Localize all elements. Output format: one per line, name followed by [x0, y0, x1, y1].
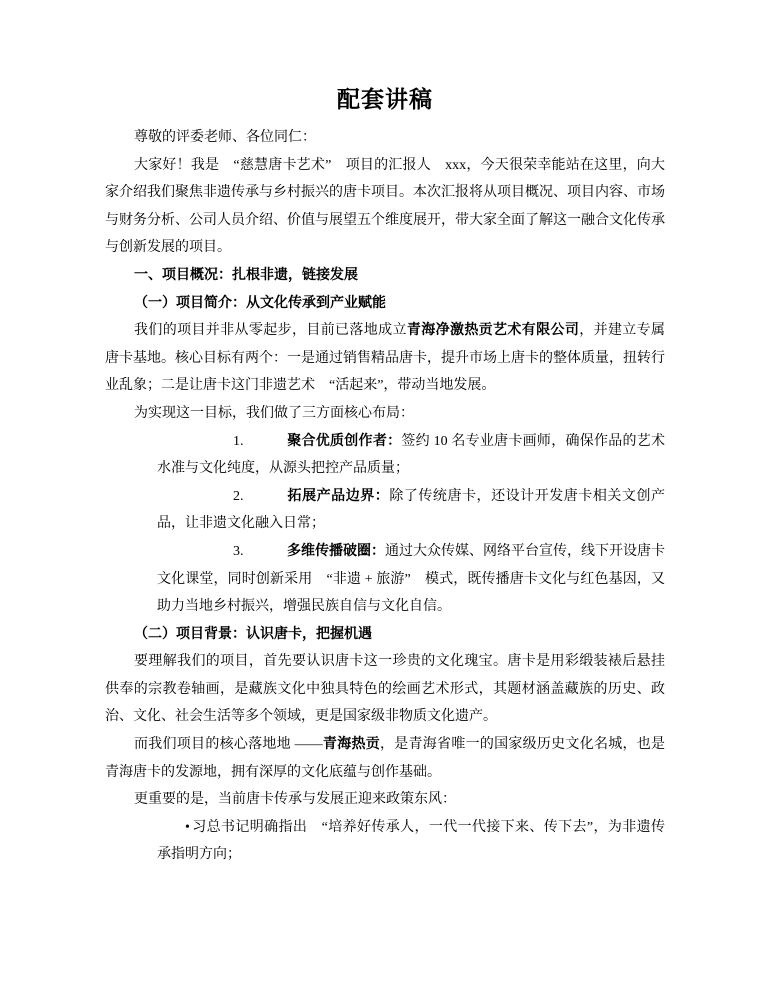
heading: 一、项目概况：扎根非遗，链接发展	[105, 262, 665, 290]
text-run-bold: 青海净激热贡艺术有限公司	[407, 323, 579, 338]
list-number: 1.	[233, 428, 287, 456]
bullet-icon: •	[185, 820, 190, 835]
text-run-bold: 一、项目概况：扎根非遗，链接发展	[134, 268, 358, 283]
text-run: 习总书记明确指出 “培养好传承人，一代一代接下来、传下去”，为非遗传承指明方向；	[157, 820, 665, 863]
text-run: 为实现这一目标，我们做了三方面核心布局：	[134, 406, 414, 421]
text-run-bold: 拓展产品边界：	[287, 489, 389, 504]
document-page: 配套讲稿 尊敬的评委老师、各位同仁：大家好！我是 “慈慧唐卡艺术” 项目的汇报人…	[0, 0, 770, 1000]
paragraph: 更重要的是，当前唐卡传承与发展正迎来政策东风：	[105, 786, 665, 814]
heading: （一）项目简介：从文化传承到产业赋能	[105, 290, 665, 318]
list-number: 3.	[233, 538, 287, 566]
text-run: 要理解我们的项目，首先要认识唐卡这一珍贵的文化瑰宝。唐卡是用彩缎装裱后悬挂供奉的…	[105, 654, 665, 724]
list-item: 2.拓展产品边界：除了传统唐卡，还设计开发唐卡相关文创产品，让非遗文化融入日常；	[105, 483, 665, 538]
paragraph: 我们的项目并非从零起步，目前已落地成立青海净激热贡艺术有限公司，并建立专属唐卡基…	[105, 317, 665, 400]
document-title: 配套讲稿	[105, 84, 665, 116]
paragraph: 要理解我们的项目，首先要认识唐卡这一珍贵的文化瑰宝。唐卡是用彩缎装裱后悬挂供奉的…	[105, 648, 665, 731]
heading: （二）项目背景：认识唐卡，把握机遇	[105, 621, 665, 649]
paragraph: 而我们项目的核心落地地 ——青海热贡，是青海省唯一的国家级历史文化名城，也是青海…	[105, 731, 665, 786]
text-run-bold: （一）项目简介：从文化传承到产业赋能	[134, 296, 386, 311]
text-run: 而我们项目的核心落地地 ——	[134, 737, 323, 752]
text-run: 我们的项目并非从零起步，目前已落地成立	[134, 323, 407, 338]
paragraph: 尊敬的评委老师、各位同仁：	[105, 124, 665, 152]
list-number: 2.	[233, 483, 287, 511]
text-run: 大家好！我是 “慈慧唐卡艺术” 项目的汇报人 xxx，今天很荣幸能站在这里，向大…	[105, 158, 665, 256]
paragraph: 大家好！我是 “慈慧唐卡艺术” 项目的汇报人 xxx，今天很荣幸能站在这里，向大…	[105, 152, 665, 262]
document-body: 尊敬的评委老师、各位同仁：大家好！我是 “慈慧唐卡艺术” 项目的汇报人 xxx，…	[105, 124, 665, 869]
text-run-bold: （二）项目背景：认识唐卡，把握机遇	[134, 627, 372, 642]
text-run: 尊敬的评委老师、各位同仁：	[134, 130, 316, 145]
text-run-bold: 多维传播破圈：	[287, 544, 385, 559]
text-run-bold: 聚合优质创作者：	[287, 434, 401, 449]
bullet-item: •习总书记明确指出 “培养好传承人，一代一代接下来、传下去”，为非遗传承指明方向…	[105, 814, 665, 869]
text-run: 更重要的是，当前唐卡传承与发展正迎来政策东风：	[134, 792, 456, 807]
paragraph: 为实现这一目标，我们做了三方面核心布局：	[105, 400, 665, 428]
list-item: 3.多维传播破圈：通过大众传媒、网络平台宣传，线下开设唐卡文化课堂，同时创新采用…	[105, 538, 665, 621]
text-run-bold: 青海热贡	[323, 737, 380, 752]
list-item: 1.聚合优质创作者：签约 10 名专业唐卡画师，确保作品的艺术水准与文化纯度，从…	[105, 428, 665, 483]
